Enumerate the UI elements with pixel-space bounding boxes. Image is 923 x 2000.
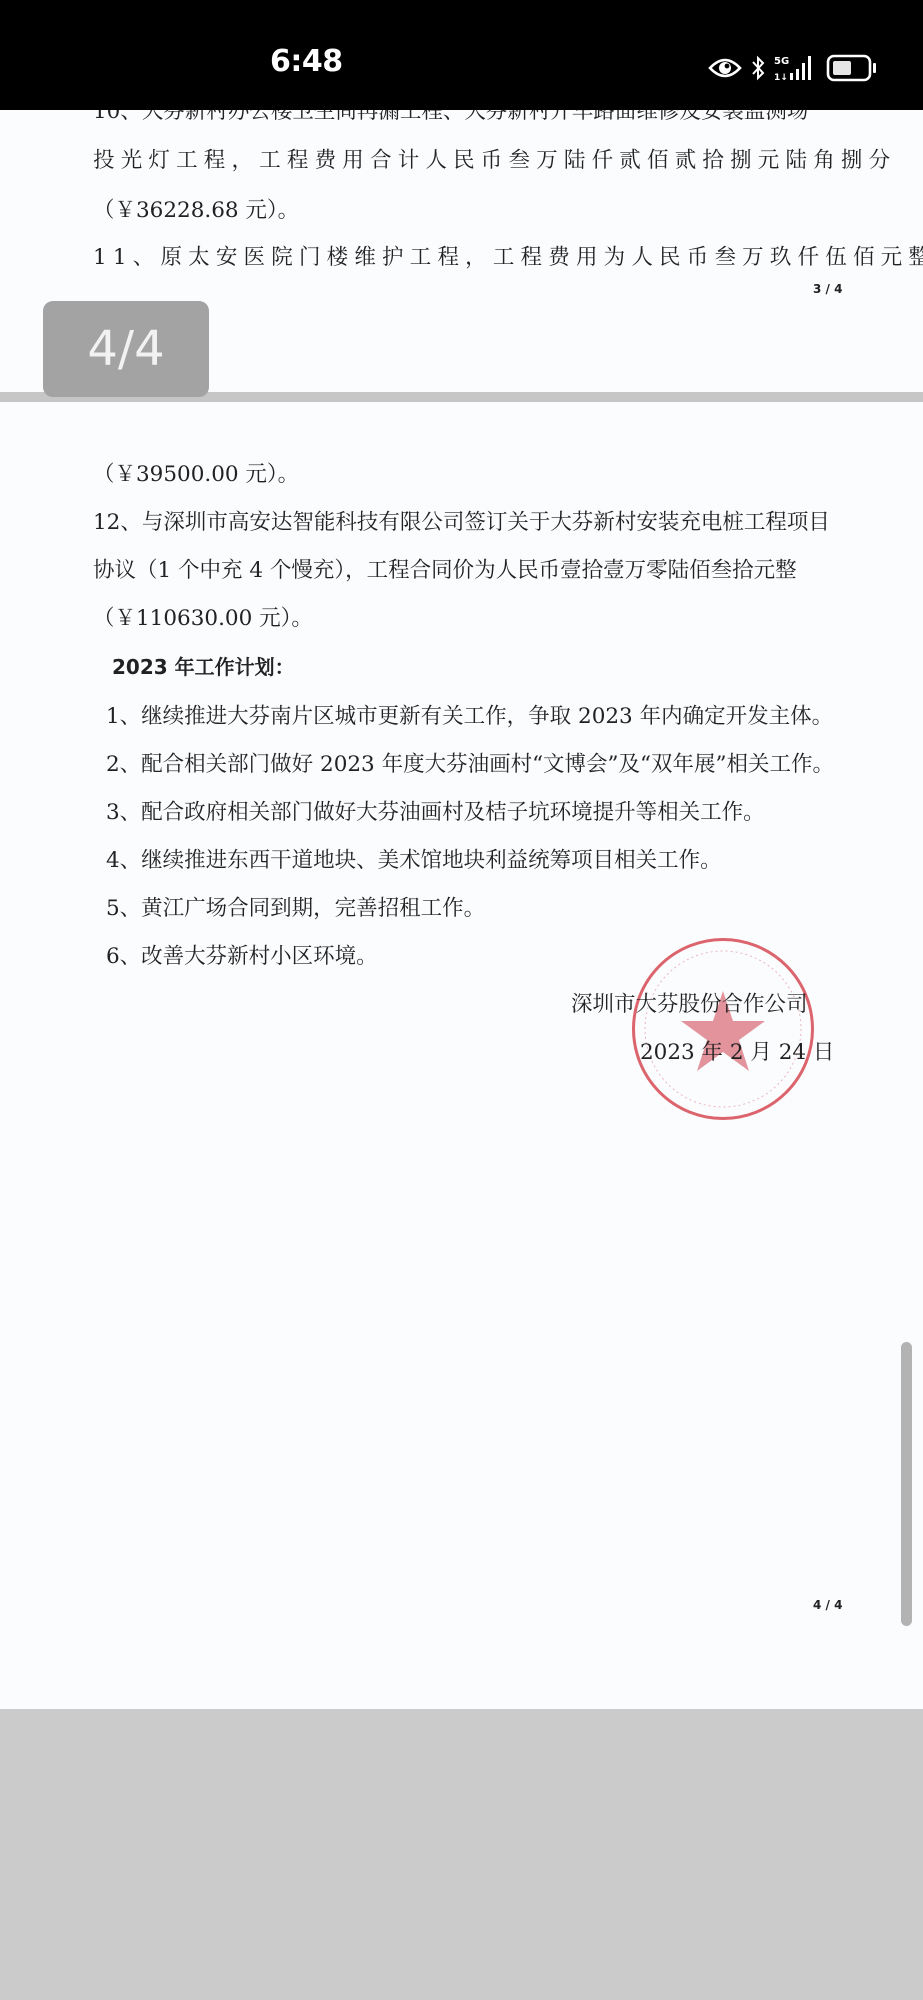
status-bar: 6:48 5G 1↓ [0,0,923,110]
doc-line: （￥110630.00 元）。 [93,601,313,632]
svg-text:5G: 5G [774,56,789,67]
clock: 6:48 [270,44,343,79]
battery-icon [826,54,878,82]
svg-text:1↓: 1↓ [774,73,788,83]
signature-date: 2023 年 2 月 24 日 [640,1035,834,1066]
status-icons: 5G 1↓ [708,52,878,84]
document-page-4: （￥39500.00 元）。 12、与深圳市高安达智能科技有限公司签订关于大芬新… [0,402,923,1709]
doc-line: （￥36228.68 元）。 [93,193,299,224]
plan-item: 6、改善大芬新村小区环境。 [106,939,378,970]
page-number: 4 / 4 [813,1598,842,1612]
doc-line: 协议（1 个中充 4 个慢充），工程合同价为人民币壹拾壹万零陆佰叁拾元整 [93,553,797,584]
5g-signal-icon: 5G 1↓ [774,53,818,83]
bluetooth-icon [750,54,766,82]
page-indicator-badge: 4/4 [43,301,209,397]
plan-item: 1、继续推进大芬南片区城市更新有关工作，争取 2023 年内确定开发主体。 [106,699,833,730]
doc-line: 投光灯工程，工程费用合计人民币叁万陆仟贰佰贰拾捌元陆角捌分 [93,143,896,174]
plan-heading: 2023 年工作计划： [112,651,295,680]
official-seal [632,938,814,1120]
seal-star-icon [635,941,811,1117]
plan-item: 4、继续推进东西干道地块、美术馆地块利益统筹项目相关工作。 [106,843,722,874]
scrollbar-thumb[interactable] [901,1342,912,1626]
page-number: 3 / 4 [813,282,842,296]
doc-line: 11、原太安医院门楼维护工程，工程费用为人民币叁万玖仟伍佰元整 [93,240,923,271]
plan-item: 2、配合相关部门做好 2023 年度大芬油画村“文博会”及“双年展”相关工作。 [106,747,834,778]
viewer-background [0,1709,923,2000]
eye-comfort-icon [708,56,742,80]
doc-line: （￥39500.00 元）。 [93,457,299,488]
signature-company: 深圳市大芬股份合作公司 [571,987,808,1018]
plan-item: 3、配合政府相关部门做好大芬油画村及桔子坑环境提升等相关工作。 [106,795,765,826]
plan-item: 5、黄江广场合同到期，完善招租工作。 [106,891,485,922]
doc-line: 12、与深圳市高安达智能科技有限公司签订关于大芬新村安装充电桩工程项目 [93,505,830,536]
